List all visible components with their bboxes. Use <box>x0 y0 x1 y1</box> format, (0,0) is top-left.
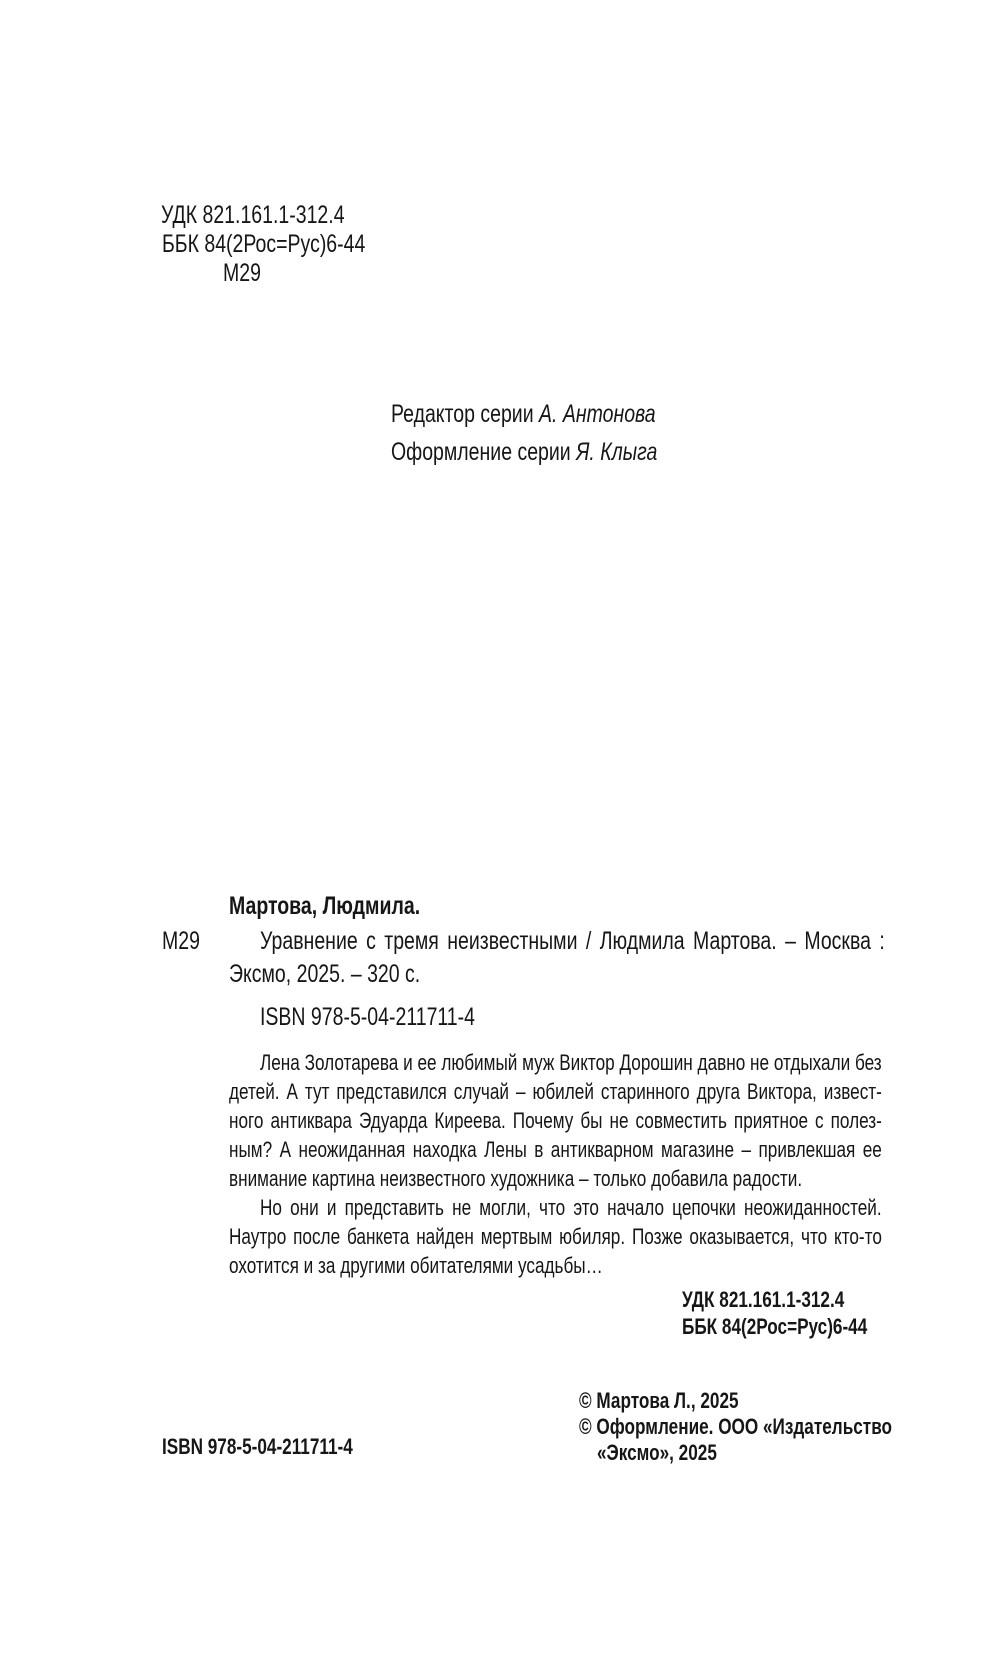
series-editor-name: А. Антонова <box>539 400 656 428</box>
annotation-line: внимание картина неизвестного художника … <box>229 1168 802 1190</box>
series-editor: Редактор серии А. Антонова <box>391 402 656 427</box>
annotation-line: охотится и за другими обитателями усадьб… <box>229 1255 603 1277</box>
record-description-line2: Эксмо, 2025. – 320 с. <box>229 962 420 987</box>
series-design-label: Оформление серии <box>391 438 571 466</box>
record-isbn: ISBN 978-5-04-211711-4 <box>260 1005 475 1030</box>
annotation-line: Но они и представить не могли, что это н… <box>260 1197 882 1223</box>
annotation-line: ного антиквара Эдуарда Киреева. Почему б… <box>229 1110 882 1136</box>
annotation-line: ным? А неожиданная находка Лены в антикв… <box>229 1139 882 1165</box>
copyright-design-line1: © Оформление. ООО «Издательство <box>579 1416 892 1438</box>
record-description-line1: Уравнение с тремя неизвестными / Людмила… <box>260 929 885 955</box>
bbk-code: ББК 84(2Рос=Рус)6-44 <box>162 232 365 257</box>
annotation-line: Наутро после банкета найден мертвым юбил… <box>229 1226 882 1252</box>
udk-code: УДК 821.161.1-312.4 <box>161 203 345 228</box>
copyright-author: © Мартова Л., 2025 <box>579 1390 739 1412</box>
series-design-name: Я. Клыга <box>576 438 657 466</box>
copyright-design-line2: «Эксмо», 2025 <box>597 1442 717 1464</box>
bbk-code-bottom: ББК 84(2Рос=Рус)6-44 <box>682 1316 867 1338</box>
author-mark: М29 <box>223 261 261 286</box>
annotation-line: Лена Золотарева и ее любимый муж Виктор … <box>260 1052 882 1078</box>
author-heading: Мартова, Людмила. <box>229 894 420 919</box>
isbn-footer: ISBN 978-5-04-211711-4 <box>162 1436 353 1458</box>
annotation-line: детей. А тут представился случай – юбиле… <box>229 1081 882 1107</box>
series-editor-label: Редактор серии <box>391 400 534 428</box>
udk-code-bottom: УДК 821.161.1-312.4 <box>682 1289 844 1311</box>
series-design: Оформление серии Я. Клыга <box>391 440 657 465</box>
record-author-mark: М29 <box>162 929 200 954</box>
